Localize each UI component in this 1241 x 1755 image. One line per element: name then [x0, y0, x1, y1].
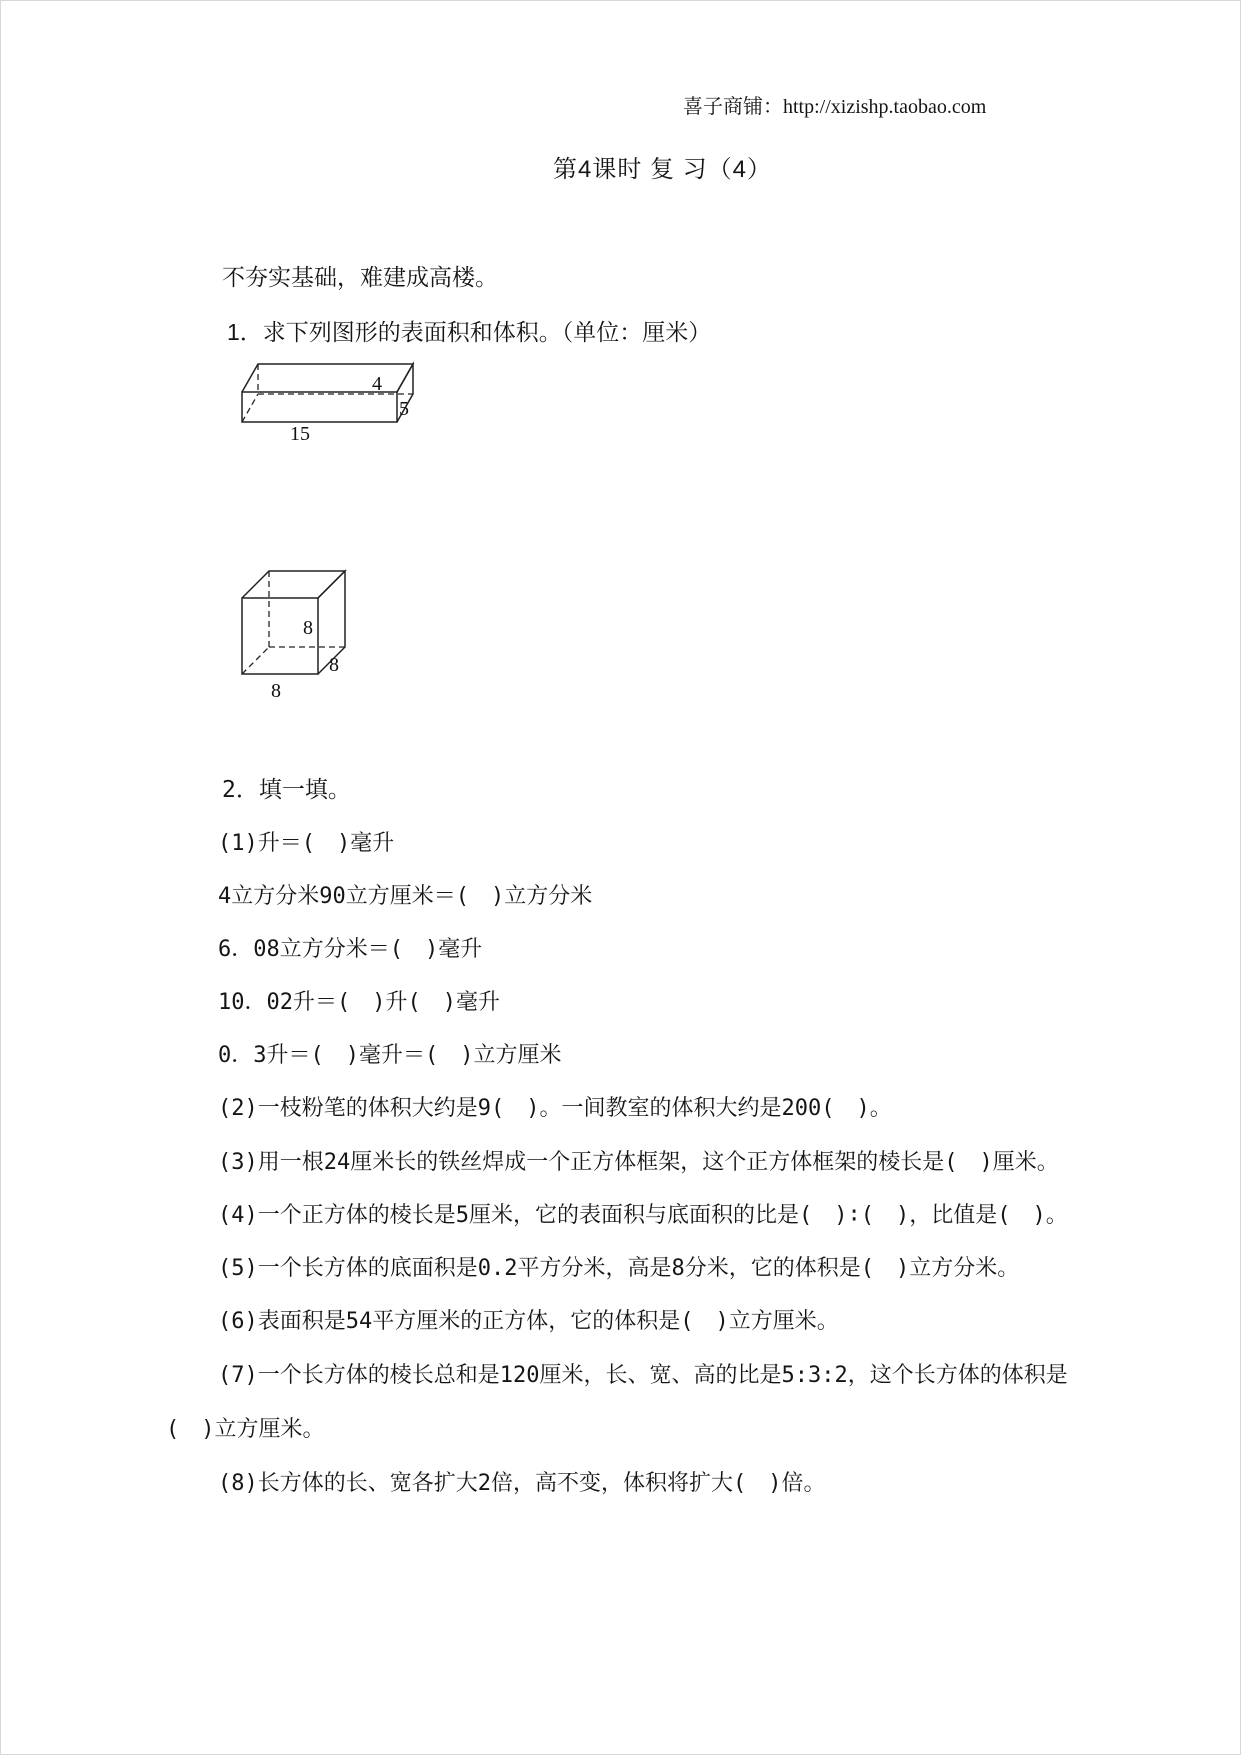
cuboid-length-label: 15 — [290, 423, 310, 445]
cuboid-figure: 4 5 15 — [225, 350, 425, 450]
cube-depth-label: 8 — [329, 654, 339, 676]
cuboid-depth-label: 5 — [399, 398, 409, 420]
cuboid-height-label: 4 — [372, 373, 382, 395]
fill-blank-item: (4)一个正方体的棱长是5厘米，它的表面积与底面积的比是( )∶( )，比值是(… — [218, 1198, 1068, 1229]
cuboid-top-face — [242, 364, 413, 392]
cuboid-front-face — [242, 392, 397, 422]
cube-svg: 8 8 8 — [230, 560, 365, 705]
cuboid-hidden-edges — [242, 364, 413, 422]
cube-height-label: 8 — [303, 617, 313, 639]
cuboid-svg: 4 5 15 — [225, 350, 425, 450]
cube-top-face — [242, 571, 345, 598]
fill-blank-item: (2)一枝粉笔的体积大约是9( )。一间教室的体积大约是200( )。 — [218, 1091, 892, 1122]
fill-blank-item: (7)一个长方体的棱长总和是120厘米，长、宽、高的比是5:3:2，这个长方体的… — [218, 1358, 1068, 1389]
fill-blank-item: ( )立方厘米。 — [166, 1412, 325, 1443]
fill-blank-item: 10．02升＝( )升( )毫升 — [218, 985, 500, 1016]
intro-text: 不夯实基础，难建成高楼。 — [222, 259, 498, 292]
cube-length-label: 8 — [271, 680, 281, 702]
fill-blank-item: 4立方分米90立方厘米＝( )立方分米 — [218, 879, 592, 910]
fill-blank-item: (5)一个长方体的底面积是0.2平方分米，高是8分米，它的体积是( )立方分米。 — [218, 1251, 1019, 1282]
question-2-heading: 2．填一填。 — [222, 771, 351, 804]
fill-blank-item: 6．08立方分米＝( )毫升 — [218, 932, 482, 963]
page-title: 第4课时 复 习（4） — [553, 149, 772, 184]
cube-figure: 8 8 8 — [230, 560, 365, 705]
fill-blank-item: (8)长方体的长、宽各扩大2倍，高不变，体积将扩大( )倍。 — [218, 1466, 825, 1497]
fill-blank-item: (3)用一根24厘米长的铁丝焊成一个正方体框架，这个正方体框架的棱长是( )厘米… — [218, 1145, 1059, 1176]
worksheet-page: 喜子商铺：http://xizishp.taobao.com 第4课时 复 习（… — [0, 0, 1241, 1755]
question-1-heading: 1．求下列图形的表面积和体积。（单位：厘米） — [227, 314, 711, 347]
fill-blank-item: (1)升＝( )毫升 — [218, 826, 394, 857]
fill-blank-item: (6)表面积是54平方厘米的正方体，它的体积是( )立方厘米。 — [218, 1304, 839, 1335]
shop-watermark: 喜子商铺：http://xizishp.taobao.com — [683, 90, 986, 119]
fill-blank-item: 0．3升＝( )毫升＝( )立方厘米 — [218, 1038, 561, 1069]
